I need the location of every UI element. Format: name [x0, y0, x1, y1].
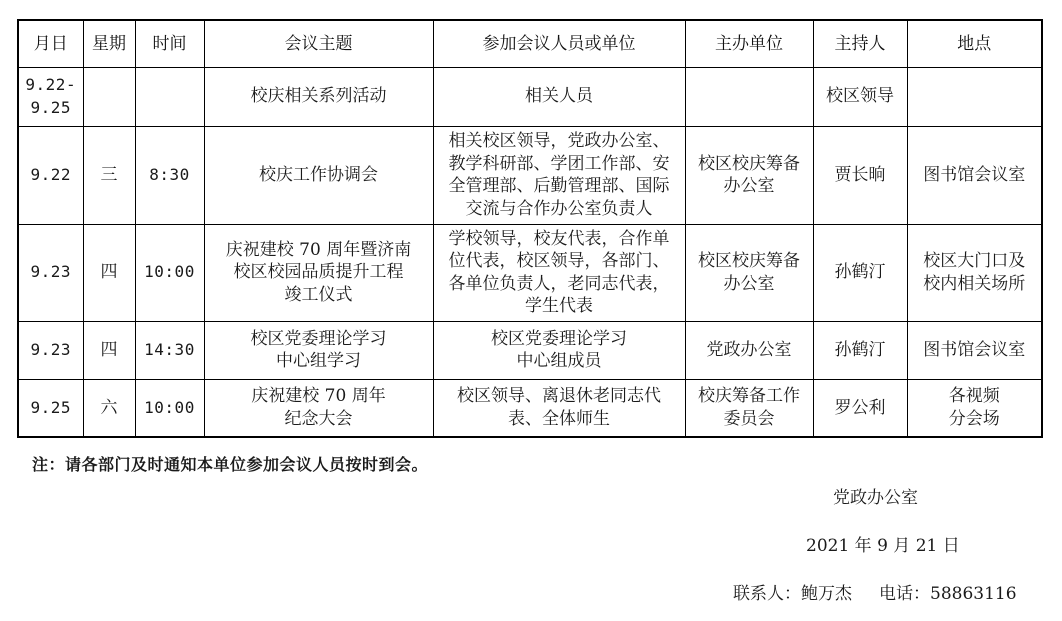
cell-location: 图书馆会议室	[907, 321, 1042, 379]
cell-host: 孙鹤汀	[813, 224, 907, 321]
header-date: 月日	[18, 20, 83, 67]
cell-topic: 校区党委理论学习 中心组学习	[204, 321, 433, 379]
cell-time: 10:00	[135, 379, 204, 437]
footnote: 注：请各部门及时通知本单位参加会议人员按时到会。	[32, 452, 428, 475]
cell-location: 校区大门口及 校内相关场所	[907, 224, 1042, 321]
cell-attendees: 相关校区领导，党政办公室、 教学科研部、学团工作部、安 全管理部、后勤管理部、国…	[433, 126, 685, 224]
cell-time	[135, 67, 204, 126]
cell-date: 9.23	[18, 224, 83, 321]
cell-topic: 校庆工作协调会	[204, 126, 433, 224]
cell-weekday: 四	[83, 224, 135, 321]
issue-date: 2021 年 9 月 21 日	[806, 531, 960, 556]
cell-date: 9.25	[18, 379, 83, 437]
cell-location: 图书馆会议室	[907, 126, 1042, 224]
table-row: 9.25 六 10:00 庆祝建校 70 周年 纪念大会 校区领导、离退休老同志…	[18, 379, 1042, 437]
header-topic: 会议主题	[204, 20, 433, 67]
cell-organizer	[685, 67, 813, 126]
cell-location: 各视频 分会场	[907, 379, 1042, 437]
header-organizer: 主办单位	[685, 20, 813, 67]
header-location: 地点	[907, 20, 1042, 67]
cell-weekday: 三	[83, 126, 135, 224]
cell-date: 9.22- 9.25	[18, 67, 83, 126]
cell-time: 14:30	[135, 321, 204, 379]
cell-time: 8:30	[135, 126, 204, 224]
contact-info: 联系人：鲍万杰 电话：58863116	[733, 579, 1017, 604]
cell-topic: 庆祝建校 70 周年 纪念大会	[204, 379, 433, 437]
cell-weekday: 四	[83, 321, 135, 379]
cell-weekday	[83, 67, 135, 126]
header-weekday: 星期	[83, 20, 135, 67]
cell-attendees: 校区党委理论学习 中心组成员	[433, 321, 685, 379]
table-row: 9.22- 9.25 校庆相关系列活动 相关人员 校区领导	[18, 67, 1042, 126]
table-row: 9.23 四 10:00 庆祝建校 70 周年暨济南 校区校园品质提升工程 竣工…	[18, 224, 1042, 321]
header-host: 主持人	[813, 20, 907, 67]
cell-topic: 庆祝建校 70 周年暨济南 校区校园品质提升工程 竣工仪式	[204, 224, 433, 321]
cell-organizer: 校区校庆筹备 办公室	[685, 126, 813, 224]
cell-organizer: 党政办公室	[685, 321, 813, 379]
cell-date: 9.23	[18, 321, 83, 379]
cell-attendees: 校区领导、离退休老同志代 表、全体师生	[433, 379, 685, 437]
cell-organizer: 校区校庆筹备 办公室	[685, 224, 813, 321]
cell-date: 9.22	[18, 126, 83, 224]
table-row: 9.23 四 14:30 校区党委理论学习 中心组学习 校区党委理论学习 中心组…	[18, 321, 1042, 379]
header-time: 时间	[135, 20, 204, 67]
cell-time: 10:00	[135, 224, 204, 321]
cell-weekday: 六	[83, 379, 135, 437]
cell-host: 贾长晌	[813, 126, 907, 224]
cell-topic: 校庆相关系列活动	[204, 67, 433, 126]
cell-attendees: 学校领导，校友代表，合作单 位代表，校区领导，各部门、 各单位负责人，老同志代表…	[433, 224, 685, 321]
issuing-office: 党政办公室	[833, 483, 918, 508]
cell-host: 校区领导	[813, 67, 907, 126]
meeting-schedule-table: 月日 星期 时间 会议主题 参加会议人员或单位 主办单位 主持人 地点 9.22…	[17, 19, 1043, 438]
cell-organizer: 校庆筹备工作 委员会	[685, 379, 813, 437]
cell-attendees: 相关人员	[433, 67, 685, 126]
header-attendees: 参加会议人员或单位	[433, 20, 685, 67]
cell-location	[907, 67, 1042, 126]
cell-host: 罗公利	[813, 379, 907, 437]
table-header-row: 月日 星期 时间 会议主题 参加会议人员或单位 主办单位 主持人 地点	[18, 20, 1042, 67]
cell-host: 孙鹤汀	[813, 321, 907, 379]
table-row: 9.22 三 8:30 校庆工作协调会 相关校区领导，党政办公室、 教学科研部、…	[18, 126, 1042, 224]
